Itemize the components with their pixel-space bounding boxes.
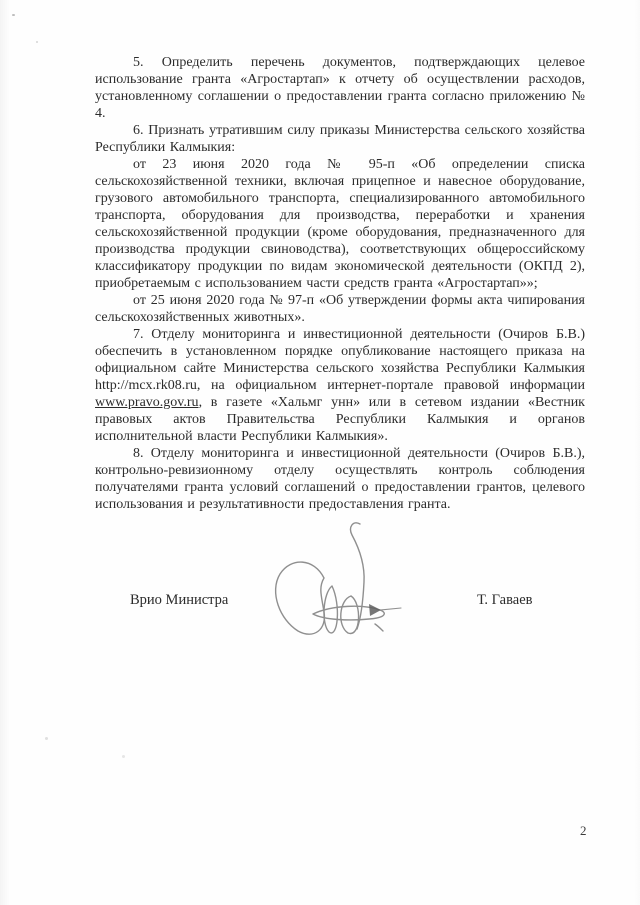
page-number: 2 (580, 823, 587, 839)
scanned-document-page: 5. Определить перечень документов, подтв… (0, 0, 640, 905)
text-segment: от 25 июня 2020 года № 97-п «Об утвержде… (95, 293, 585, 325)
url-text: www.pravo.gov.ru (95, 395, 199, 410)
document-body: 5. Определить перечень документов, подтв… (95, 54, 585, 513)
paragraph: от 25 июня 2020 года № 97-п «Об утвержде… (95, 292, 585, 326)
scan-speckle (12, 14, 15, 16)
paragraph: от 23 июня 2020 года № 95-п «Об определе… (95, 156, 585, 292)
text-segment: 6. Признать утратившим силу приказы Мини… (95, 123, 585, 155)
scan-speckle (45, 737, 48, 740)
scan-speckle (122, 755, 125, 758)
paragraph: 5. Определить перечень документов, подтв… (95, 54, 585, 122)
signature-icon (268, 512, 418, 657)
text-segment: 5. Определить перечень документов, подтв… (95, 55, 585, 121)
paragraph: 8. Отделу мониторинга и инвестиционной д… (95, 445, 585, 513)
paragraph: 6. Признать утратившим силу приказы Мини… (95, 122, 585, 156)
scan-speckle (36, 41, 38, 43)
text-segment: 7. Отделу мониторинга и инвестиционной д… (95, 327, 585, 393)
signatory-name: Т. Гаваев (477, 592, 533, 609)
text-segment: 8. Отделу мониторинга и инвестиционной д… (95, 446, 585, 512)
text-segment: от 23 июня 2020 года № 95-п «Об определе… (95, 157, 585, 291)
paragraph: 7. Отделу мониторинга и инвестиционной д… (95, 326, 585, 445)
signatory-title: Врио Министра (130, 592, 228, 609)
